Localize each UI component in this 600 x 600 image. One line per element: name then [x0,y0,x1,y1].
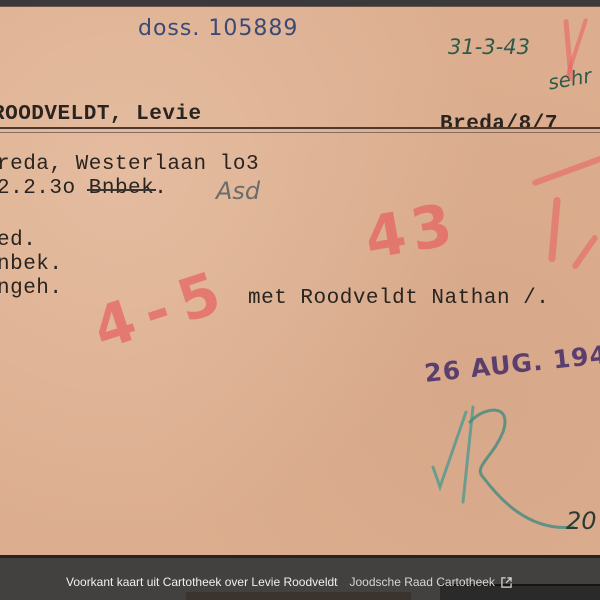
handwritten-bottom-right: 20 [566,507,597,535]
date-line: 2.2.3o Bnbek. [0,177,167,200]
status-line-2: nbek. [0,253,63,276]
archive-card-image: doss. 105889 31-3-43 sehr ROODVELDT, Lev… [0,7,600,555]
card-header-rule-2 [0,132,600,133]
status-line-1: ed. [0,229,36,252]
top-window-edge [0,0,600,7]
source-link[interactable]: Joodsche Raad Cartotheek [350,575,512,589]
relation-line: met Roodveldt Nathan /. [248,287,549,310]
external-link-icon [501,577,512,588]
card-header-rule [0,127,600,129]
status-line-3: ngeh. [0,277,63,300]
red-mark-right-bar [531,154,600,187]
source-link-label: Joodsche Raad Cartotheek [350,575,495,589]
red-mark-middle: 43 [360,189,463,272]
red-mark-right-stem [548,197,561,262]
green-initials-icon [428,402,578,542]
handwritten-initials-gray: Asd [216,177,260,205]
handwritten-date: 31-3-43 [448,35,530,59]
red-mark-right-stroke [571,234,599,270]
address-line: reda, Westerlaan lo3 [0,153,259,176]
struck-place: Bnbek [89,177,155,200]
caption-row: Voorkant kaart uit Cartotheek over Levie… [66,575,512,589]
red-mark-left: 4-5 [85,255,240,363]
image-caption: Voorkant kaart uit Cartotheek over Levie… [66,575,338,589]
image-caption-bar: Voorkant kaart uit Cartotheek over Levie… [0,558,600,600]
dossier-number: doss. 105889 [138,16,298,41]
date-line-prefix: 2.2.3o [0,177,76,200]
surname-name: ROODVELDT, Levie [0,103,202,126]
date-stamp: 26 AUG. 1942 [423,338,600,388]
thumbnail-strip-left [186,592,411,600]
